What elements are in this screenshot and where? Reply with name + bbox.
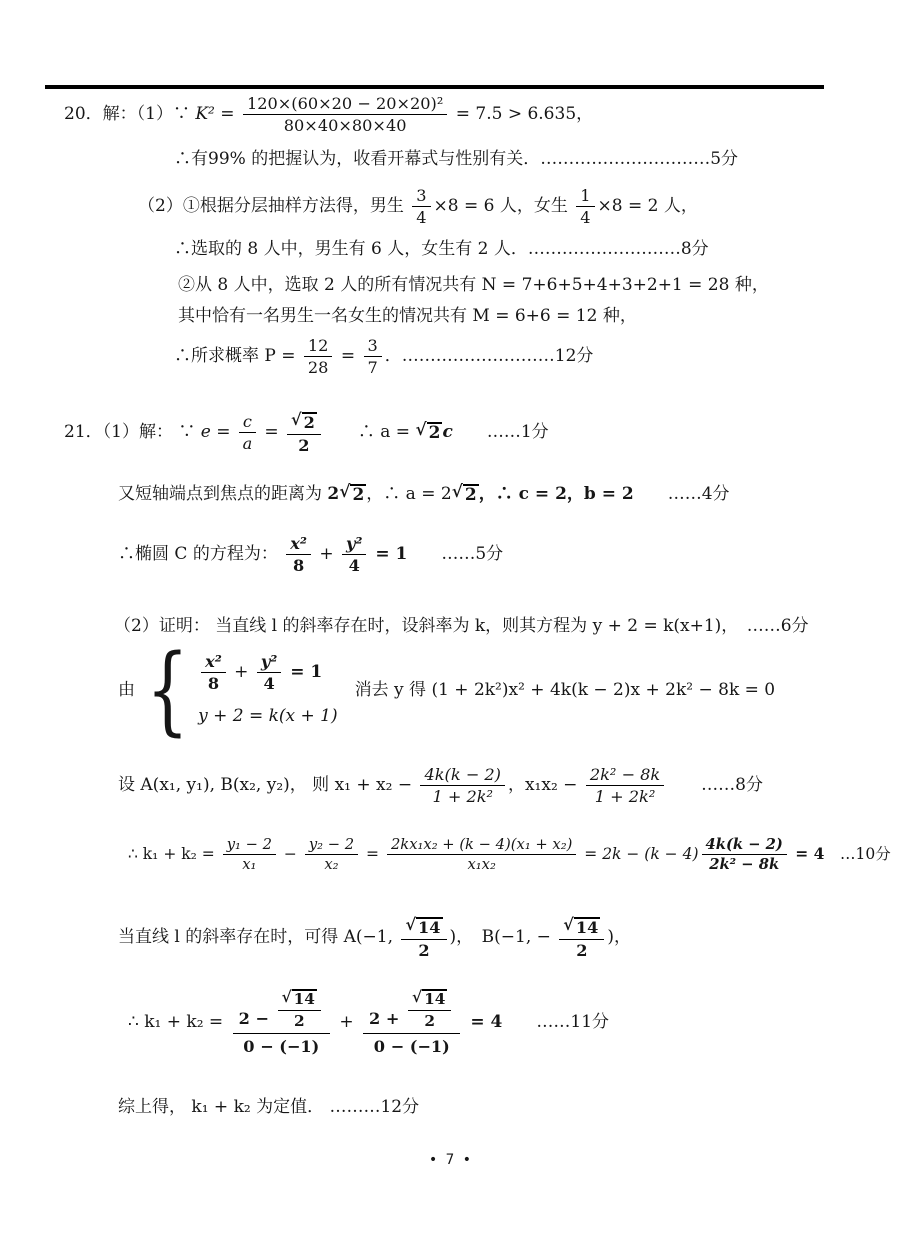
p21-line5: 由{x²8 + y²4 = 1y + 2 = k(x + 1) 消去 y 得 (… [118, 652, 775, 729]
fraction-numerator: 12 [304, 336, 333, 357]
fraction-denominator: 4 [263, 673, 274, 693]
p21-line4-text: （2）证明： 当直线 l 的斜率存在时，设斜率为 k，则其方程为 y + 2 =… [114, 615, 809, 638]
p20-line5: ②从 8 人中，选取 2 人的所有情况共有 N = 7+6+5+4+3+2+1 … [178, 274, 769, 297]
sqrt-icon: √ [282, 989, 292, 1005]
fraction-numerator: y₂ − 2 [305, 836, 358, 855]
p21-line6: 设 A(x₁, y₁), B(x₂, y₂)， 则 x₁ + x₂ − 4k(k… [118, 765, 763, 806]
coefficient-2: 2 [327, 483, 339, 506]
k2-fraction: 120×(60×20 − 20×20)²80×40×80×40 [243, 94, 447, 135]
p21-line3-score: ……5分 [407, 543, 503, 566]
p20-line3: （2）①根据分层抽样方法得，男生 34×8 = 6 人，女生 14×8 = 2 … [138, 186, 698, 227]
sqrt-radical: √2 [291, 412, 317, 433]
inner-sqrt14-fraction: √142 [408, 988, 451, 1030]
fraction-denominator: 1 + 2k² [595, 786, 656, 806]
fraction-numerator: √2 [287, 410, 321, 435]
e-equals: e = [201, 421, 236, 444]
p-fraction-3-7: 37 [364, 336, 382, 377]
sqrt-radical: √14 [405, 917, 442, 938]
p20-line4-text: ∴选取的 8 人中，男生有 6 人，女生有 2 人．………………………8分 [174, 238, 709, 261]
equals-one: = 1 [284, 661, 322, 684]
radicand: 14 [422, 989, 447, 1009]
fraction-numerator: x² [201, 652, 226, 673]
fraction-numerator: 1 [576, 186, 594, 207]
p21-line6-score: ……8分 [667, 774, 763, 797]
p20-line7: ∴所求概率 P = 1228 = 37．………………………12分 [174, 336, 593, 377]
equals-sign: = [335, 345, 360, 368]
fraction-denominator: x₁ [242, 855, 256, 873]
sqrt-icon: √ [412, 989, 422, 1005]
p20-line6: 其中恰有一名男生一名女生的情况共有 M = 6+6 = 12 种， [178, 305, 637, 328]
fraction-denominator: a [243, 433, 253, 453]
fraction-numerator: √14 [559, 915, 604, 940]
vieta-product-fraction: 2k² − 8k1 + 2k² [586, 765, 664, 806]
fraction-numerator: √14 [278, 988, 321, 1011]
equals-four: = 4 [790, 844, 825, 865]
fraction-numerator: 3 [364, 336, 382, 357]
fraction-numerator: y² [257, 652, 281, 673]
x2-over-8-fraction: x²8 [201, 652, 226, 693]
p20-line3-prefix: （2）①根据分层抽样方法得，男生 [138, 195, 409, 218]
p21-line2-score: ……4分 [634, 483, 730, 506]
p21-line7-prefix: ∴ k₁ + k₂ = [128, 844, 220, 865]
fraction-numerator: √14 [408, 988, 451, 1011]
c-over-a-fraction: ca [239, 412, 256, 453]
radicand: 2 [302, 412, 317, 433]
sqrt-radical: √14 [563, 917, 600, 938]
sqrt-icon: √ [405, 917, 416, 934]
p21-line3-prefix: ∴椭圆 C 的方程为： [118, 543, 283, 566]
p20-line5-text: ②从 8 人中，选取 2 人的所有情况共有 N = 7+6+5+4+3+2+1 … [178, 274, 769, 297]
sqrt-radical: √14 [282, 989, 317, 1009]
fraction-numerator: y² [342, 534, 366, 555]
p21-line1-prefix: 21．（1）解： ∵ [64, 421, 201, 444]
fraction-denominator: 2 [418, 940, 429, 960]
p20-line1: 20．解：（1）∵ K² = 120×(60×20 − 20×20)²80×40… [64, 94, 593, 135]
final-step-fraction: 4k(k − 2)2k² − 8k [702, 836, 787, 874]
system-row-1: x²8 + y²4 = 1 [198, 652, 322, 693]
equals-sign: = [259, 421, 284, 444]
p20-line1-lhs: K² = [195, 103, 240, 126]
fraction-numerator: 2k² − 8k [586, 765, 664, 786]
p21-line5-suffix: 消去 y 得 (1 + 2k²)x² + 4k(k − 2)x + 2k² − … [338, 679, 776, 702]
slope1-fraction: y₁ − 2x₁ [223, 836, 276, 874]
numerator-text: 2 − [239, 1008, 275, 1030]
fraction-numerator: y₁ − 2 [223, 836, 276, 855]
p-fraction-12-28: 1228 [304, 336, 333, 377]
p20-line7-prefix: ∴所求概率 P = [174, 345, 301, 368]
inner-sqrt14-fraction: √142 [278, 988, 321, 1030]
fraction-denominator: 4 [416, 207, 426, 227]
p21-line1-score: ……1分 [453, 421, 549, 444]
big-fraction-denominator: 0 − (−1) [374, 1034, 450, 1058]
p20-line6-text: 其中恰有一名男生一名女生的情况共有 M = 6+6 = 12 种， [178, 305, 637, 328]
minus-sign: − [279, 844, 302, 865]
page-top-border [45, 85, 824, 89]
p21-line1-middle: ∴ a = [324, 421, 416, 444]
radicand: 14 [416, 917, 442, 938]
p21-line5-prefix: 由 [118, 679, 135, 702]
answer-sheet-page: 20．解：（1）∵ K² = 120×(60×20 − 20×20)²80×40… [0, 0, 900, 1246]
p21-line6-middle: ，x₁x₂ − [508, 774, 583, 797]
nested-fraction-2: 2 + √1420 − (−1) [363, 988, 460, 1058]
fraction-denominator: 7 [368, 357, 378, 377]
fraction-denominator: 8 [208, 673, 219, 693]
sqrt-radical: √2 [415, 422, 442, 444]
p21-line9: ∴ k₁ + k₂ = 2 − √1420 − (−1) + 2 + √1420… [128, 988, 609, 1058]
sqrt-icon: √ [339, 484, 350, 502]
p20-line1-result: = 7.5 > 6.635， [450, 103, 593, 126]
equals-four: = 4 [464, 1011, 502, 1034]
fraction-denominator: x₂ [324, 855, 338, 873]
fraction-numerator: x² [286, 534, 311, 555]
p21-line7-score: …10分 [824, 844, 890, 865]
plus-sign: + [229, 661, 254, 684]
fraction-denominator: 4 [580, 207, 590, 227]
sqrt-icon: √ [452, 484, 463, 502]
p21-line2-suffix: ，∴ c = 2，b = 2 [479, 483, 634, 506]
p21-line9-score: ……11分 [502, 1011, 609, 1034]
fraction-denominator: 2 [576, 940, 587, 960]
numerator-text: 2 + [369, 1008, 405, 1030]
fraction-numerator: c [239, 412, 256, 433]
sqrt-radical: √2 [339, 484, 366, 506]
radicand: 2 [463, 484, 479, 506]
fraction-denominator: 28 [308, 357, 329, 377]
fraction-denominator: 4 [349, 555, 360, 575]
p21-line8-middle: )， B(−1, − [450, 926, 557, 949]
p21-line8: 当直线 l 的斜率存在时，可得 A(−1, √142)， B(−1, − √14… [118, 915, 631, 960]
system-row-2: y + 2 = k(x + 1) [198, 705, 338, 728]
p20-line2: ∴有99% 的把握认为，收看开幕式与性别有关．…………………………5分 [174, 148, 738, 171]
sqrt-icon: √ [291, 412, 302, 429]
fraction-denominator: 8 [293, 555, 304, 575]
radicand: 2 [427, 422, 443, 444]
fraction-numerator: √14 [401, 915, 446, 940]
sqrt-radical: √14 [412, 989, 447, 1009]
p21-line7: ∴ k₁ + k₂ = y₁ − 2x₁ − y₂ − 2x₂ = 2kx₁x₂… [128, 836, 891, 874]
three-quarters-fraction: 34 [412, 186, 430, 227]
slope2-fraction: y₂ − 2x₂ [305, 836, 358, 874]
k2-fraction-numerator: 120×(60×20 − 20×20)² [243, 94, 447, 115]
fraction-denominator: 2k² − 8k [709, 855, 779, 873]
radicand: 14 [292, 989, 317, 1009]
p21-line2-middle: ，∴ a = 2 [366, 483, 451, 506]
p20-line2-text: ∴有99% 的把握认为，收看开幕式与性别有关．…………………………5分 [174, 148, 738, 171]
sqrt14-over-2-fraction: √142 [559, 915, 604, 960]
p21-line8-prefix: 当直线 l 的斜率存在时，可得 A(−1, [118, 926, 398, 949]
fraction-numerator: 4k(k − 2) [702, 836, 787, 855]
big-fraction-numerator: 2 − √142 [233, 988, 330, 1034]
p21-line7-middle: = 2k − (k − 4) [579, 844, 698, 865]
fraction-numerator: 2kx₁x₂ + (k − 4)(x₁ + x₂) [387, 836, 576, 855]
p21-line3: ∴椭圆 C 的方程为： x²8 + y²4 = 1 ……5分 [118, 534, 503, 575]
p21-line9-prefix: ∴ k₁ + k₂ = [128, 1011, 229, 1034]
fraction-numerator: 3 [412, 186, 430, 207]
p21-line2-prefix: 又短轴端点到焦点的距离为 [118, 483, 327, 506]
p20-line3-suffix: ×8 = 2 人， [598, 195, 698, 218]
equation-system: x²8 + y²4 = 1y + 2 = k(x + 1) [198, 652, 338, 728]
sqrt-icon: √ [563, 917, 574, 934]
system-brace: { [146, 652, 189, 729]
p21-line4: （2）证明： 当直线 l 的斜率存在时，设斜率为 k，则其方程为 y + 2 =… [114, 615, 809, 638]
sqrt2-over-2-fraction: √22 [287, 410, 321, 455]
plus-sign: + [314, 543, 339, 566]
plus-sign: + [334, 1011, 359, 1034]
fraction-denominator: 1 + 2k² [432, 786, 493, 806]
sqrt-icon: √ [415, 422, 426, 440]
sqrt14-over-2-fraction: √142 [401, 915, 446, 960]
big-fraction-denominator: 0 − (−1) [243, 1034, 319, 1058]
p20-line7-suffix: ．………………………12分 [385, 345, 594, 368]
page-number: • 7 • [0, 1152, 900, 1168]
one-quarter-fraction: 14 [576, 186, 594, 227]
k2-fraction-denominator: 80×40×80×40 [284, 115, 407, 135]
vieta-sum-fraction: 4k(k − 2)1 + 2k² [420, 765, 504, 806]
p21-line8-suffix: )， [607, 926, 631, 949]
p21-line10: 综上得， k₁ + k₂ 为定值． ………12分 [118, 1096, 419, 1119]
combined-fraction: 2kx₁x₂ + (k − 4)(x₁ + x₂)x₁x₂ [387, 836, 576, 874]
radicand: 14 [574, 917, 600, 938]
p21-line2: 又短轴端点到焦点的距离为 2√2，∴ a = 2√2，∴ c = 2，b = 2… [118, 483, 730, 506]
p20-line3-middle: ×8 = 6 人，女生 [434, 195, 574, 218]
variable-c: c [442, 421, 452, 444]
nested-fraction-1: 2 − √1420 − (−1) [233, 988, 330, 1058]
fraction-denominator: 2 [294, 1011, 305, 1030]
big-fraction-numerator: 2 + √142 [363, 988, 460, 1034]
equals-sign: = [361, 844, 384, 865]
y2-over-4-fraction: y²4 [257, 652, 281, 693]
fraction-denominator: 2 [424, 1011, 435, 1030]
y2-over-4-fraction: y²4 [342, 534, 366, 575]
p20-line4: ∴选取的 8 人中，男生有 6 人，女生有 2 人．………………………8分 [174, 238, 709, 261]
p21-line1: 21．（1）解： ∵ e = ca = √22 ∴ a = √2c ……1分 [64, 410, 549, 455]
sqrt-radical: √2 [452, 484, 479, 506]
p21-line10-text: 综上得， k₁ + k₂ 为定值． ………12分 [118, 1096, 419, 1119]
fraction-numerator: 4k(k − 2) [420, 765, 504, 786]
p21-line6-prefix: 设 A(x₁, y₁), B(x₂, y₂)， 则 x₁ + x₂ − [118, 774, 417, 797]
fraction-denominator: x₁x₂ [467, 855, 495, 873]
p20-line1-prefix: 20．解：（1）∵ [64, 103, 195, 126]
x2-over-8-fraction: x²8 [286, 534, 311, 575]
fraction-denominator: 2 [298, 435, 309, 455]
equals-one: = 1 [369, 543, 407, 566]
radicand: 2 [350, 484, 366, 506]
